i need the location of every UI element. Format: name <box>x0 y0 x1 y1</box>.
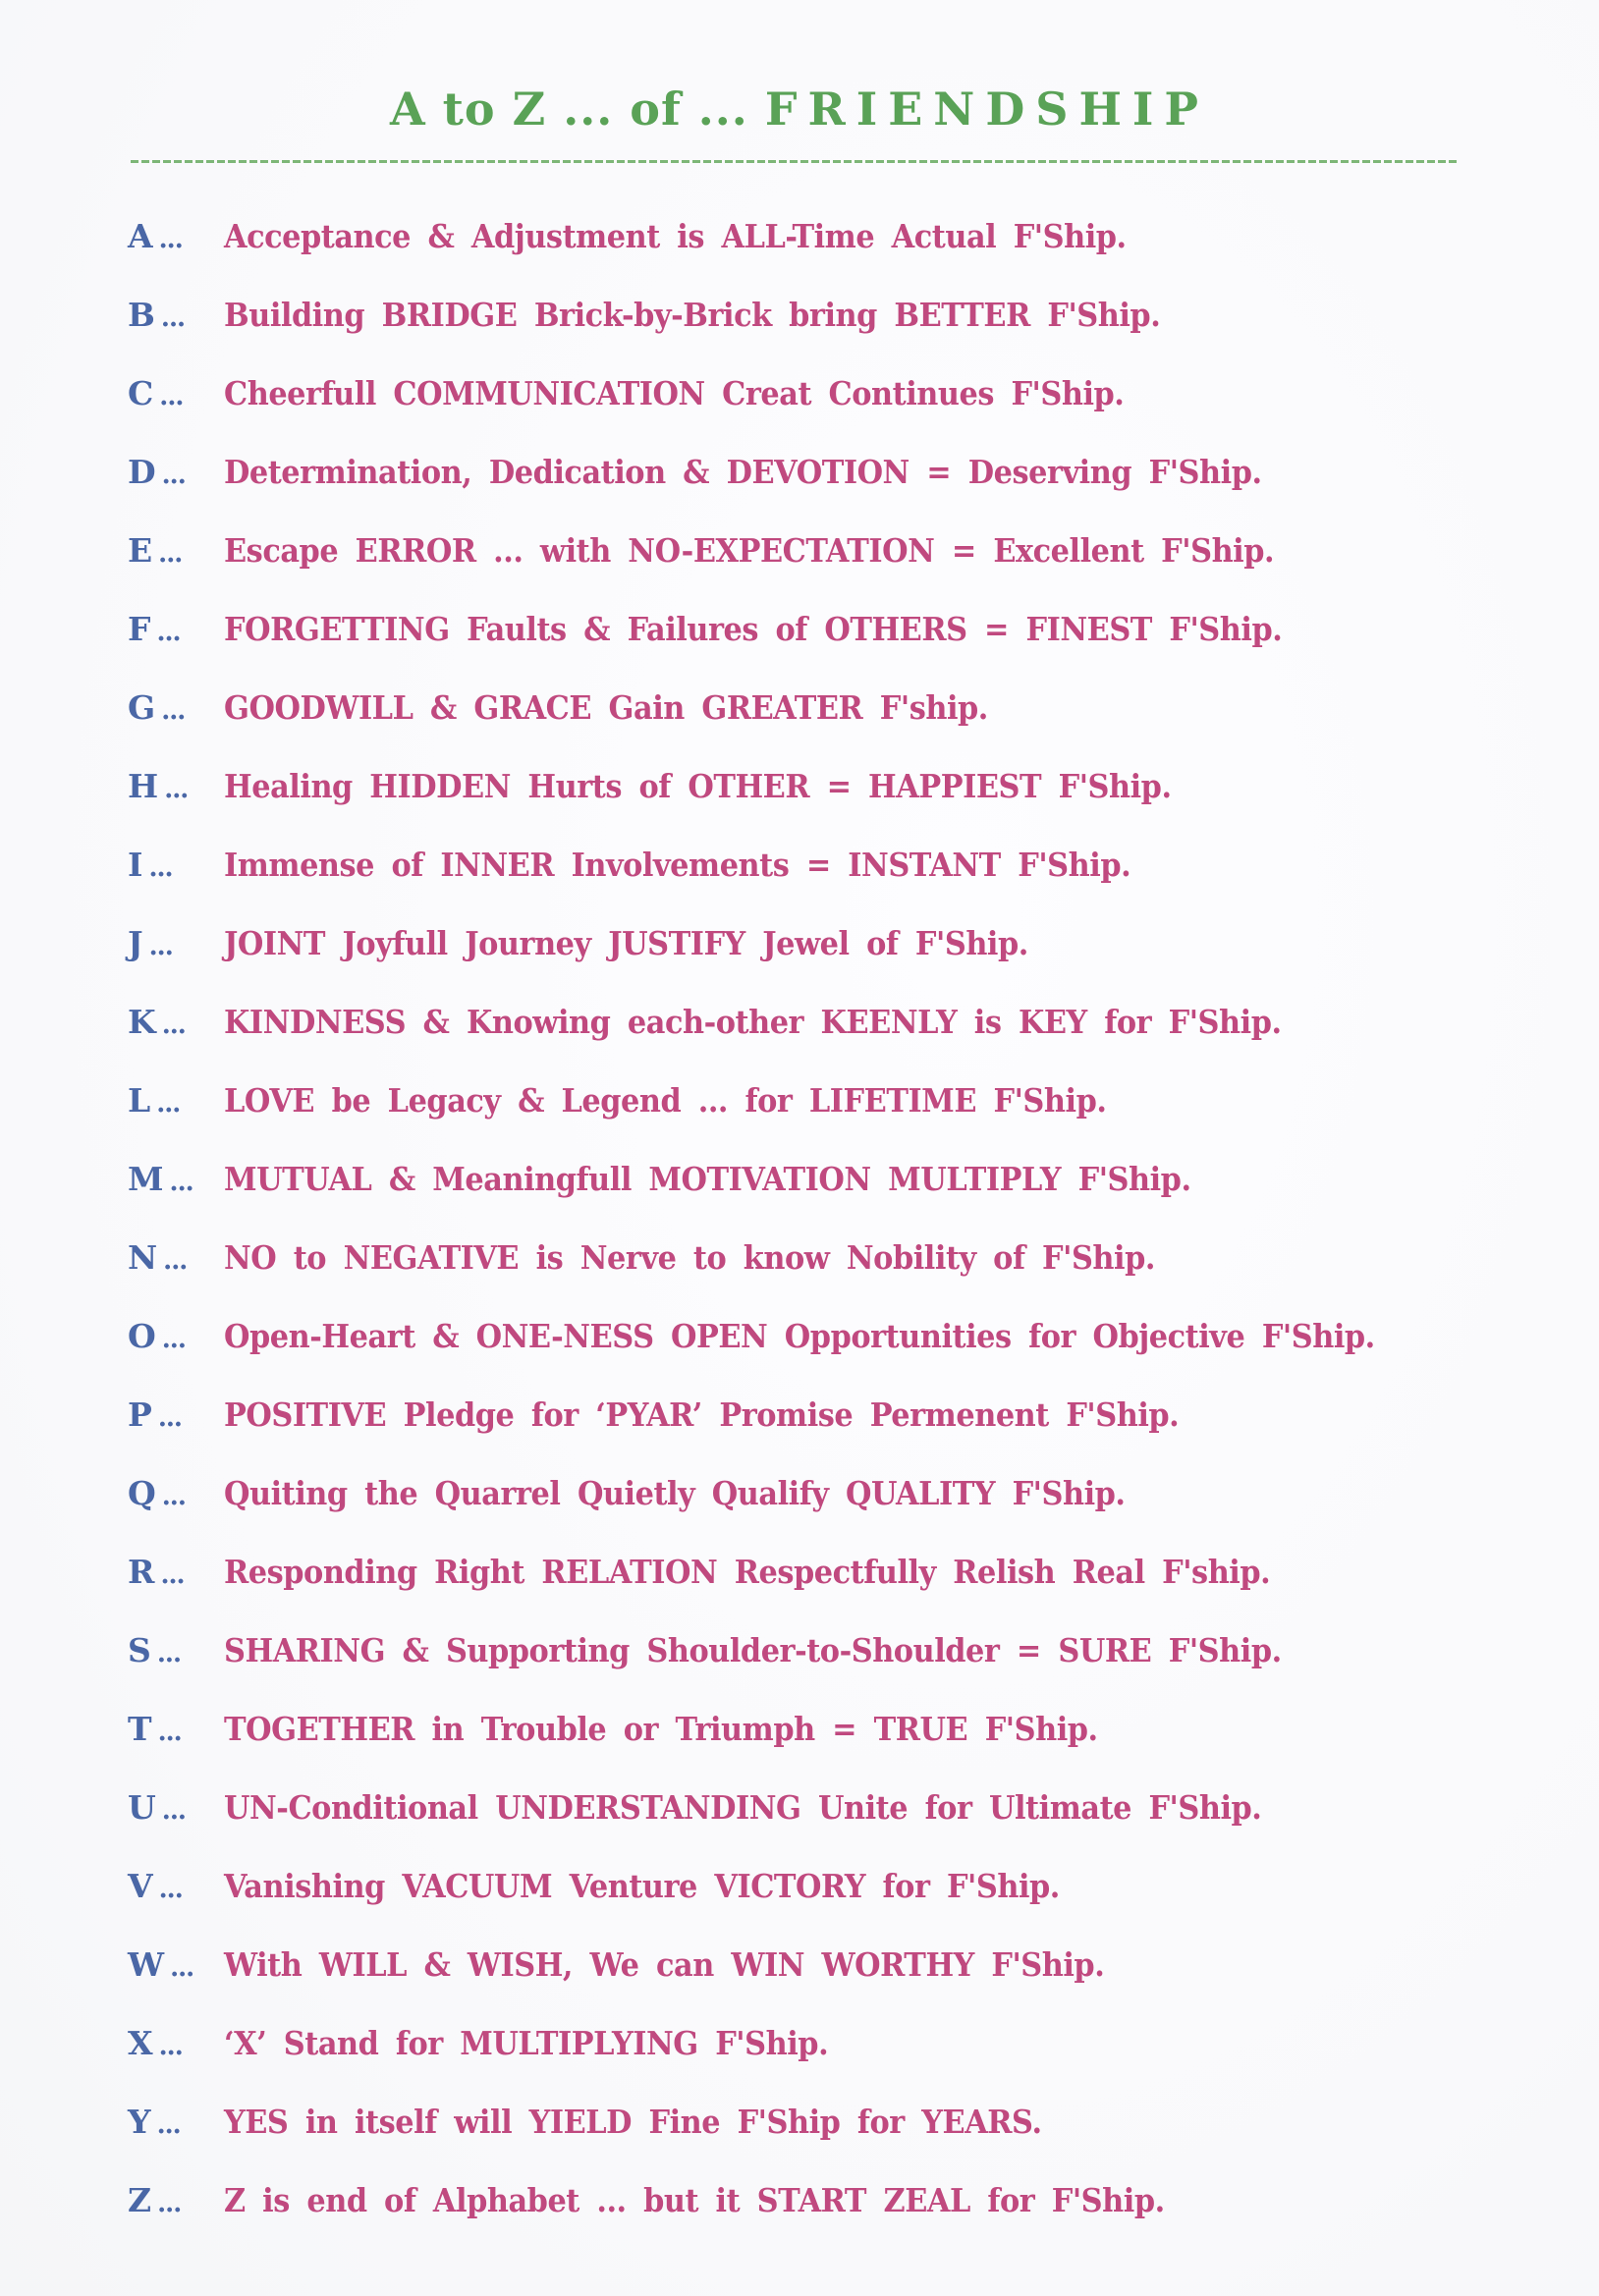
letter-label: U <box>128 1788 156 1827</box>
letter-label: G <box>128 688 155 727</box>
list-item-o: O...Open-Heart & ONE-NESS OPEN Opportuni… <box>128 1311 1475 1390</box>
entry-letter: E... <box>128 525 224 579</box>
entry-text: Acceptance & Adjustment is ALL-Time Actu… <box>224 211 1127 262</box>
letter-label: V <box>128 1867 153 1905</box>
letter-label: J <box>128 924 143 962</box>
list-item-p: P...POSITIVE Pledge for ‘PYAR’ Promise P… <box>128 1390 1475 1468</box>
list-item-i: I...Immense of INNER Involvements = INST… <box>128 840 1475 918</box>
entry-letter: A... <box>128 211 224 265</box>
list-item-z: Z...Z is end of Alphabet ... but it STAR… <box>128 2175 1475 2254</box>
dashed-divider <box>131 160 1457 163</box>
entry-letter: Y... <box>128 2097 224 2151</box>
ellipsis-separator: ... <box>162 1011 186 1040</box>
letter-label: O <box>128 1317 156 1355</box>
entry-text: YES in itself will YIELD Fine F'Ship for… <box>224 2097 1042 2148</box>
ellipsis-separator: ... <box>156 1089 180 1119</box>
entry-text: JOINT Joyfull Journey JUSTIFY Jewel of F… <box>224 918 1028 969</box>
letter-label: T <box>128 1710 152 1748</box>
list-item-x: X...‘X’ Stand for MULTIPLYING F'Ship. <box>128 2018 1475 2097</box>
ellipsis-separator: ... <box>159 1875 183 1904</box>
entry-letter: F... <box>128 604 224 658</box>
page-title: A to Z ... of ... FRIENDSHIP <box>0 82 1599 136</box>
document-page: A to Z ... of ... FRIENDSHIP A...Accepta… <box>0 0 1599 2296</box>
entry-text: UN-Conditional UNDERSTANDING Unite for U… <box>224 1782 1261 1833</box>
entry-text: Quiting the Quarrel Quietly Qualify QUAL… <box>224 1468 1126 1519</box>
ellipsis-separator: ... <box>163 1246 187 1276</box>
list-item-d: D...Determination, Dedication & DEVOTION… <box>128 447 1475 525</box>
ellipsis-separator: ... <box>162 461 186 490</box>
alphabet-list: A...Acceptance & Adjustment is ALL-Time … <box>128 211 1475 2254</box>
letter-label: I <box>128 846 142 884</box>
list-item-y: Y...YES in itself will YIELD Fine F'Ship… <box>128 2097 1475 2175</box>
letter-label: S <box>128 1631 151 1669</box>
list-item-c: C...Cheerfull COMMUNICATION Creat Contin… <box>128 368 1475 447</box>
entry-text: Responding Right RELATION Respectfully R… <box>224 1547 1270 1598</box>
ellipsis-separator: ... <box>162 1796 186 1826</box>
entry-letter: H... <box>128 761 224 815</box>
list-item-s: S...SHARING & Supporting Shoulder-to-Sho… <box>128 1625 1475 1704</box>
entry-text: Open-Heart & ONE-NESS OPEN Opportunities… <box>224 1311 1375 1362</box>
ellipsis-separator: ... <box>156 618 180 647</box>
letter-label: X <box>128 2024 153 2062</box>
letter-label: M <box>128 1160 164 1198</box>
entry-letter: G... <box>128 683 224 737</box>
ellipsis-separator: ... <box>158 1403 182 1433</box>
entry-letter: Q... <box>128 1468 224 1522</box>
ellipsis-separator: ... <box>159 2032 183 2061</box>
entry-text: GOODWILL & GRACE Gain GREATER F'ship. <box>224 683 988 734</box>
ellipsis-separator: ... <box>162 1325 186 1354</box>
list-item-l: L...LOVE be Legacy & Legend ... for LIFE… <box>128 1075 1475 1154</box>
list-item-m: M...MUTUAL & Meaningfull MOTIVATION MULT… <box>128 1154 1475 1232</box>
entry-text: Determination, Dedication & DEVOTION = D… <box>224 447 1262 498</box>
list-item-v: V...Vanishing VACUUM Venture VICTORY for… <box>128 1861 1475 1940</box>
entry-letter: B... <box>128 290 224 344</box>
list-item-b: B...Building BRIDGE Brick-by-Brick bring… <box>128 290 1475 368</box>
letter-label: C <box>128 374 153 412</box>
ellipsis-separator: ... <box>159 225 183 254</box>
list-item-r: R...Responding Right RELATION Respectful… <box>128 1547 1475 1625</box>
ellipsis-separator: ... <box>170 1953 193 1983</box>
entry-letter: P... <box>128 1390 224 1444</box>
letter-label: R <box>128 1553 154 1591</box>
letter-label: D <box>128 453 156 491</box>
letter-label: P <box>128 1395 152 1434</box>
ellipsis-separator: ... <box>170 1168 193 1197</box>
ellipsis-separator: ... <box>161 303 185 333</box>
ellipsis-separator: ... <box>157 1639 181 1668</box>
list-item-f: F...FORGETTING Faults & Failures of OTHE… <box>128 604 1475 683</box>
list-item-n: N...NO to NEGATIVE is Nerve to know Nobi… <box>128 1232 1475 1311</box>
letter-label: H <box>128 767 158 805</box>
letter-label: L <box>128 1081 150 1120</box>
letter-label: N <box>128 1238 157 1277</box>
entry-letter: M... <box>128 1154 224 1208</box>
entry-text: Immense of INNER Involvements = INSTANT … <box>224 840 1130 891</box>
entry-text: KINDNESS & Knowing each-other KEENLY is … <box>224 997 1282 1048</box>
letter-label: F <box>128 610 150 648</box>
ellipsis-separator: ... <box>164 775 188 804</box>
entry-text: Building BRIDGE Brick-by-Brick bring BET… <box>224 290 1160 341</box>
ellipsis-separator: ... <box>149 932 173 961</box>
entry-letter: K... <box>128 997 224 1051</box>
letter-label: Q <box>128 1474 156 1512</box>
entry-letter: D... <box>128 447 224 501</box>
entry-letter: C... <box>128 368 224 422</box>
entry-text: SHARING & Supporting Shoulder-to-Shoulde… <box>224 1625 1282 1676</box>
ellipsis-separator: ... <box>157 2110 181 2140</box>
title-emphasis: FRIENDSHIP <box>765 82 1209 136</box>
list-item-u: U...UN-Conditional UNDERSTANDING Unite f… <box>128 1782 1475 1861</box>
entry-text: MUTUAL & Meaningfull MOTIVATION MULTIPLY… <box>224 1154 1191 1205</box>
entry-text: With WILL & WISH, We can WIN WORTHY F'Sh… <box>224 1940 1104 1991</box>
entry-text: Escape ERROR ... with NO-EXPECTATION = E… <box>224 525 1274 576</box>
entry-letter: S... <box>128 1625 224 1679</box>
entry-letter: I... <box>128 840 224 894</box>
list-item-h: H...Healing HIDDEN Hurts of OTHER = HAPP… <box>128 761 1475 840</box>
entry-letter: Z... <box>128 2175 224 2229</box>
entry-text: LOVE be Legacy & Legend ... for LIFETIME… <box>224 1075 1106 1126</box>
letter-label: Z <box>128 2181 151 2219</box>
entry-text: TOGETHER in Trouble or Triumph = TRUE F'… <box>224 1704 1098 1755</box>
entry-letter: X... <box>128 2018 224 2072</box>
entry-text: Vanishing VACUUM Venture VICTORY for F'S… <box>224 1861 1060 1912</box>
title-prefix: A to Z ... of ... <box>390 82 765 136</box>
entry-letter: W... <box>128 1940 224 1994</box>
entry-letter: O... <box>128 1311 224 1365</box>
ellipsis-separator: ... <box>158 539 182 569</box>
letter-label: B <box>128 296 155 334</box>
entry-letter: L... <box>128 1075 224 1129</box>
entry-text: POSITIVE Pledge for ‘PYAR’ Promise Perme… <box>224 1390 1179 1441</box>
entry-text: Cheerfull COMMUNICATION Creat Continues … <box>224 368 1124 419</box>
entry-text: NO to NEGATIVE is Nerve to know Nobility… <box>224 1232 1155 1284</box>
entry-letter: J... <box>128 918 224 972</box>
entry-letter: U... <box>128 1782 224 1836</box>
entry-letter: R... <box>128 1547 224 1601</box>
list-item-t: T...TOGETHER in Trouble or Triumph = TRU… <box>128 1704 1475 1782</box>
entry-text: Healing HIDDEN Hurts of OTHER = HAPPIEST… <box>224 761 1172 812</box>
entry-letter: V... <box>128 1861 224 1915</box>
entry-letter: T... <box>128 1704 224 1758</box>
list-item-a: A...Acceptance & Adjustment is ALL-Time … <box>128 211 1475 290</box>
ellipsis-separator: ... <box>158 1718 182 1747</box>
entry-text: FORGETTING Faults & Failures of OTHERS =… <box>224 604 1282 655</box>
list-item-j: J...JOINT Joyfull Journey JUSTIFY Jewel … <box>128 918 1475 997</box>
letter-label: E <box>128 531 152 570</box>
entry-text: ‘X’ Stand for MULTIPLYING F'Ship. <box>224 2018 828 2069</box>
list-item-w: W...With WILL & WISH, We can WIN WORTHY … <box>128 1940 1475 2018</box>
entry-letter: N... <box>128 1232 224 1286</box>
letter-label: W <box>128 1945 164 1984</box>
list-item-g: G...GOODWILL & GRACE Gain GREATER F'ship… <box>128 683 1475 761</box>
letter-label: Y <box>128 2103 151 2141</box>
list-item-q: Q...Quiting the Quarrel Quietly Qualify … <box>128 1468 1475 1547</box>
letter-label: A <box>128 217 153 255</box>
list-item-e: E...Escape ERROR ... with NO-EXPECTATION… <box>128 525 1475 604</box>
ellipsis-separator: ... <box>161 696 185 726</box>
list-item-k: K...KINDNESS & Knowing each-other KEENLY… <box>128 997 1475 1075</box>
ellipsis-separator: ... <box>148 853 172 883</box>
entry-text: Z is end of Alphabet ... but it START ZE… <box>224 2175 1165 2226</box>
ellipsis-separator: ... <box>160 1560 184 1590</box>
ellipsis-separator: ... <box>157 2189 181 2218</box>
ellipsis-separator: ... <box>159 382 183 411</box>
letter-label: K <box>128 1003 156 1041</box>
ellipsis-separator: ... <box>162 1482 186 1511</box>
